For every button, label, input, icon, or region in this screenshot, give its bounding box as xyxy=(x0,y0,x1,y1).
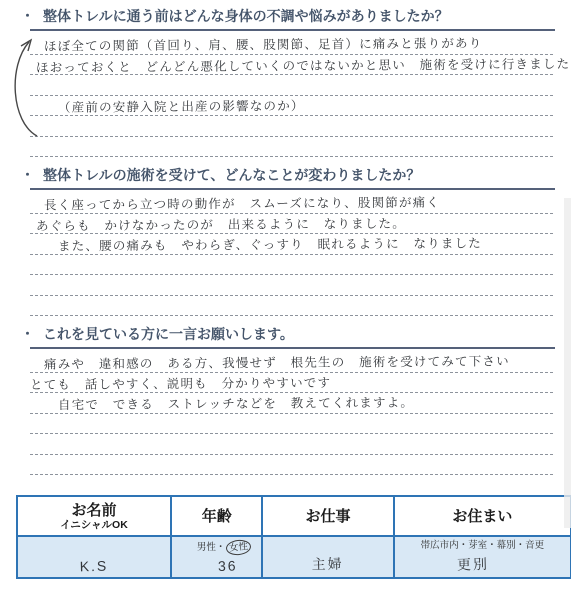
answer-line: ほぼ全ての関節（首回り、肩、腰、股関節、足首）に痛みと張りがあり xyxy=(30,34,553,55)
gender-male-option: 男性 xyxy=(197,542,216,553)
bullet-icon: ・ xyxy=(21,166,34,184)
answer-line xyxy=(30,434,553,455)
scan-edge-artifact xyxy=(564,198,571,528)
header-age-title: 年齢 xyxy=(172,508,261,525)
header-residence-title: お住まい xyxy=(395,508,570,525)
question-1-heading: ・ 整体トレルに通う前はどんな身体の不調や悩みがありましたか？ xyxy=(21,7,557,25)
col-header-residence: お住まい xyxy=(394,496,571,536)
answer-line: あぐらも かけなかったのが 出来るように なりました。 xyxy=(30,214,553,235)
question-block-1: ・ 整体トレルに通う前はどんな身体の不調や悩みがありましたか？ ほぼ全ての関節（… xyxy=(8,7,557,157)
question-2-underline xyxy=(30,188,555,190)
question-3-heading: ・ これを見ている方に一言お願いします。 xyxy=(21,325,557,343)
residence-options: 帯広市内・芽室・幕別・音更 xyxy=(395,537,570,551)
question-block-2: ・ 整体トレルの施術を受けて、どんなことが変わりましたか？ 長く座ってから立つ時… xyxy=(8,166,557,316)
job-cell: 主婦 xyxy=(262,536,393,578)
header-job-title: お仕事 xyxy=(263,508,392,525)
header-name-title: お名前 xyxy=(18,502,170,519)
col-header-job: お仕事 xyxy=(262,496,393,536)
answer-line: （産前の安静入院と出産の影響なのか） xyxy=(30,96,553,117)
circled-female-option: 女性 xyxy=(226,539,252,557)
header-name-subtitle: イニシャルOK xyxy=(18,519,170,531)
answer-line: 痛みや 違和感の ある方、我慢せず 根先生の 施術を受けてみて下さい xyxy=(30,352,553,373)
col-header-name: お名前 イニシャルOK xyxy=(17,496,171,536)
question-2-title: 整体トレルの施術を受けて、どんなことが変わりましたか？ xyxy=(43,166,420,184)
col-header-age: 年齢 xyxy=(171,496,262,536)
answer-line xyxy=(30,296,553,317)
handwritten-text: あぐらも かけなかったのが 出来るように なりました。 xyxy=(30,217,406,234)
answer-line xyxy=(30,414,553,435)
answer-line: 長く座ってから立つ時の動作が スムーズになり、股関節が痛く xyxy=(30,193,553,214)
question-3-title: これを見ている方に一言お願いします。 xyxy=(43,325,294,343)
respondent-info-table: お名前 イニシャルOK 年齢 お仕事 お住まい K.S xyxy=(16,495,571,579)
table-data-row: K.S 男性・女性 36 主婦 帯広市内・芽室・幕別・音更 更別 xyxy=(17,536,571,578)
answer-line xyxy=(30,255,553,276)
job-value: 主婦 xyxy=(263,552,393,575)
question-1-underline xyxy=(30,29,555,31)
question-block-3: ・ これを見ている方に一言お願いします。 痛みや 違和感の ある方、我慢せず 根… xyxy=(8,325,557,475)
answer-line: とても 話しやすく、説明も 分かりやすいです xyxy=(30,373,553,394)
answer-line xyxy=(30,275,553,296)
name-value: K.S xyxy=(18,556,170,576)
questionnaire-page: ・ 整体トレルに通う前はどんな身体の不調や悩みがありましたか？ ほぼ全ての関節（… xyxy=(0,0,571,579)
question-2-answer-area: 長く座ってから立つ時の動作が スムーズになり、股関節が痛く あぐらも かけなかっ… xyxy=(30,193,553,316)
answer-line xyxy=(30,455,553,476)
question-3-underline xyxy=(30,347,555,349)
residence-cell: 帯広市内・芽室・幕別・音更 更別 xyxy=(394,536,571,578)
question-1-title: 整体トレルに通う前はどんな身体の不調や悩みがありましたか？ xyxy=(43,7,449,25)
question-1-answer-area: ほぼ全ての関節（首回り、肩、腰、股関節、足首）に痛みと張りがあり ほおっておくと… xyxy=(30,34,553,157)
answer-line xyxy=(30,116,553,137)
age-cell: 男性・女性 36 xyxy=(171,536,262,578)
handwritten-text: ほぼ全ての関節（首回り、肩、腰、股関節、足首）に痛みと張りがあり xyxy=(30,37,482,55)
handwritten-text: また、腰の痛みも やわらぎ、ぐっすり 眠れるように なりました xyxy=(30,237,482,255)
handwritten-text: とても 話しやすく、説明も 分かりやすいです xyxy=(30,376,331,393)
answer-line xyxy=(30,75,553,96)
gender-options: 男性・女性 xyxy=(172,537,261,555)
handwritten-text: 痛みや 違和感の ある方、我慢せず 根先生の 施術を受けてみて下さい xyxy=(30,355,510,373)
gender-separator: ・ xyxy=(216,542,226,553)
handwritten-text: ほおっておくと どんどん悪化していくのではないかと思い 施術を受けに行きました xyxy=(30,58,570,76)
handwritten-text: （産前の安静入院と出産の影響なのか） xyxy=(30,100,305,116)
bullet-icon: ・ xyxy=(21,325,34,343)
answer-line: ほおっておくと どんどん悪化していくのではないかと思い 施術を受けに行きました xyxy=(30,55,553,76)
answer-line xyxy=(30,137,553,158)
age-value: 36 xyxy=(172,557,262,575)
question-3-answer-area: 痛みや 違和感の ある方、我慢せず 根先生の 施術を受けてみて下さい とても 話… xyxy=(30,352,553,475)
table-header-row: お名前 イニシャルOK 年齢 お仕事 お住まい xyxy=(17,496,571,536)
handwritten-text: 自宅で できる ストレッチなどを 教えてくれますよ。 xyxy=(30,397,414,414)
answer-line: 自宅で できる ストレッチなどを 教えてくれますよ。 xyxy=(30,393,553,414)
name-cell: K.S xyxy=(17,536,171,578)
bullet-icon: ・ xyxy=(21,7,34,25)
residence-value: 更別 xyxy=(394,552,570,577)
handwritten-text: 長く座ってから立つ時の動作が スムーズになり、股関節が痛く xyxy=(30,197,440,214)
answer-line: また、腰の痛みも やわらぎ、ぐっすり 眠れるように なりました xyxy=(30,234,553,255)
question-2-heading: ・ 整体トレルの施術を受けて、どんなことが変わりましたか？ xyxy=(21,166,557,184)
